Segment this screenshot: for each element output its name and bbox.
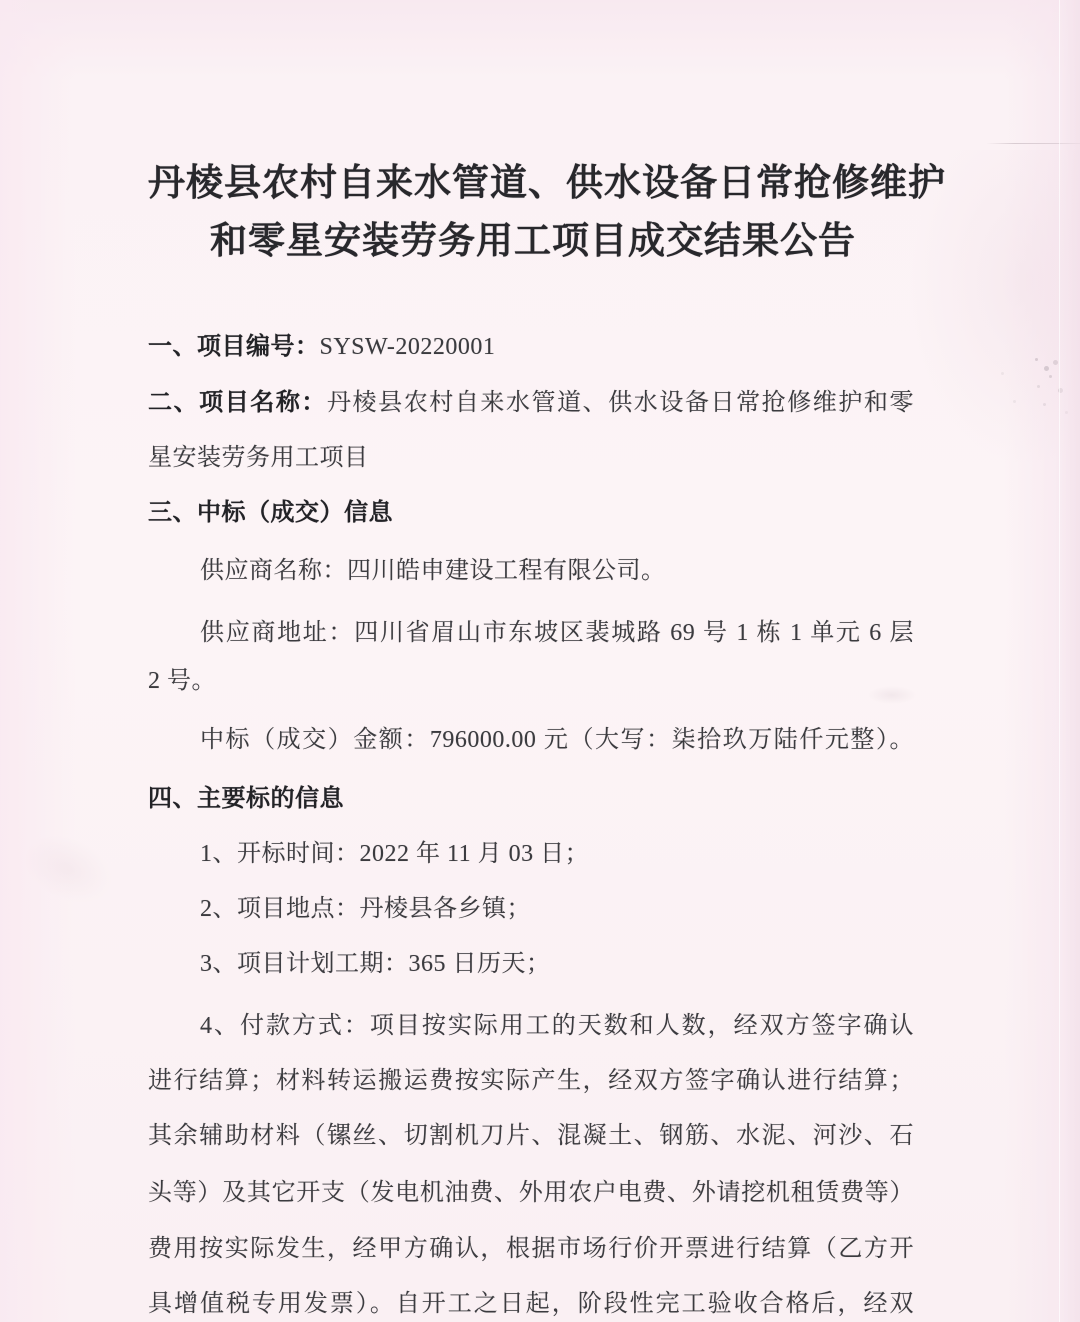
scan-page-edge-line bbox=[1059, 0, 1060, 1322]
scan-artifact-hairline bbox=[986, 143, 1080, 144]
document-title-line-1: 丹棱县农村自来水管道、供水设备日常抢修维护 bbox=[148, 152, 918, 206]
document-title-line-2: 和零星安装劳务用工项目成交结果公告 bbox=[148, 210, 918, 264]
line-project-duration: 3、项目计划工期：365 日历天； bbox=[148, 943, 914, 978]
scan-stain-speckles bbox=[1035, 358, 1038, 361]
section-heading-award-info: 三、中标（成交）信息 bbox=[148, 492, 914, 527]
line-supplier-name: 供应商名称：四川皓申建设工程有限公司。 bbox=[148, 550, 914, 585]
line-project-name-continued: 星安装劳务用工项目 bbox=[148, 437, 914, 472]
line-supplier-address-continued: 2 号。 bbox=[148, 660, 914, 695]
project-number-value: SYSW-20220001 bbox=[320, 334, 496, 360]
line-payment-terms-1: 4、付款方式：项目按实际用工的天数和人数，经双方签字确认 bbox=[148, 1005, 914, 1040]
line-payment-terms-3: 其余辅助材料（镙丝、切割机刀片、混凝土、钢筋、水泥、河沙、石 bbox=[148, 1115, 914, 1150]
line-bid-opening-time: 1、开标时间：2022 年 11 月 03 日； bbox=[148, 833, 914, 868]
line-payment-terms-2: 进行结算；材料转运搬运费按实际产生，经双方签字确认进行结算； bbox=[148, 1060, 914, 1095]
line-payment-terms-6: 具增值税专用发票）。自开工之日起，阶段性完工验收合格后，经双 bbox=[148, 1283, 914, 1318]
project-name-label: 二、项目名称： bbox=[148, 389, 327, 416]
line-project-number: 一、项目编号：SYSW-20220001 bbox=[148, 326, 914, 361]
scanned-document-page: 丹棱县农村自来水管道、供水设备日常抢修维护 和零星安装劳务用工项目成交结果公告 … bbox=[0, 0, 1080, 1322]
line-award-amount: 中标（成交）金额：796000.00 元（大写：柒拾玖万陆仟元整）。 bbox=[148, 719, 914, 754]
line-supplier-address: 供应商地址：四川省眉山市东坡区裴城路 69 号 1 栋 1 单元 6 层 bbox=[148, 612, 914, 647]
line-project-location: 2、项目地点：丹棱县各乡镇； bbox=[148, 888, 914, 923]
section-heading-main-subject-info: 四、主要标的信息 bbox=[148, 778, 914, 813]
project-number-label: 一、项目编号： bbox=[148, 333, 320, 360]
project-name-value: 丹棱县农村自来水管道、供水设备日常抢修维护和零 bbox=[327, 390, 914, 416]
line-payment-terms-5: 费用按实际发生，经甲方确认，根据市场行价开票进行结算（乙方开 bbox=[148, 1228, 914, 1263]
line-payment-terms-4: 头等）及其它开支（发电机油费、外用农户电费、外请挖机租赁费等） bbox=[148, 1172, 914, 1207]
line-project-name: 二、项目名称：丹棱县农村自来水管道、供水设备日常抢修维护和零 bbox=[148, 382, 914, 417]
scan-page-edge-band bbox=[1060, 0, 1080, 1322]
scan-stain-smudge bbox=[13, 822, 122, 916]
